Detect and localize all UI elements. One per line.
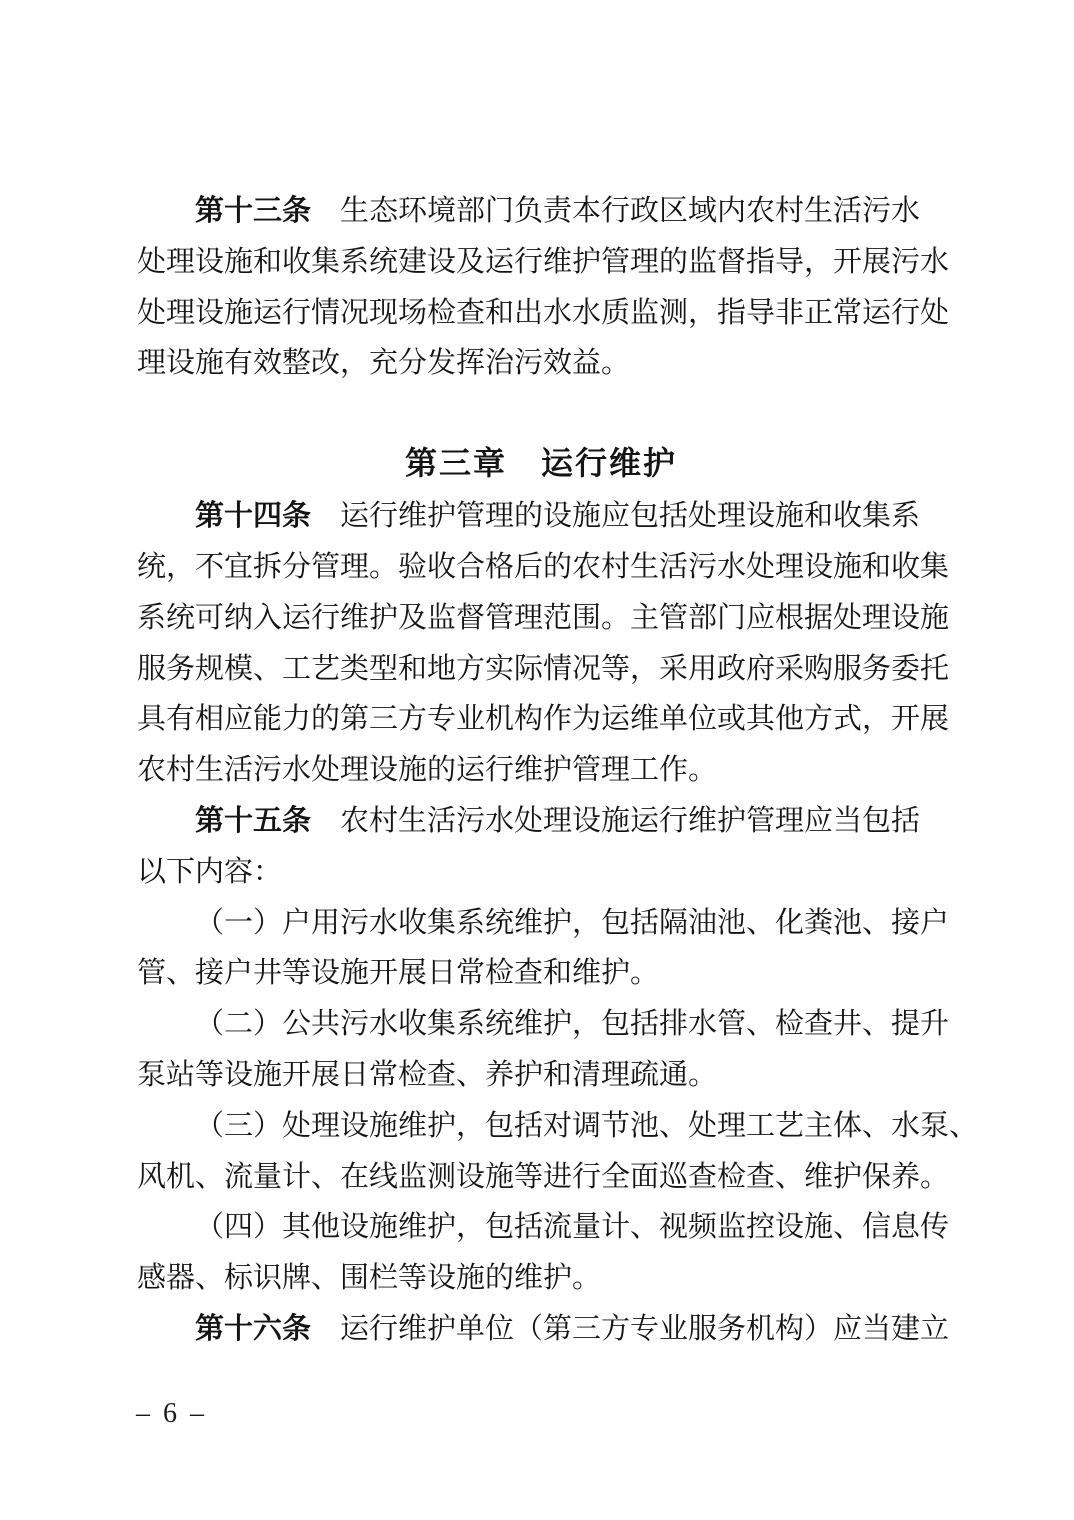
line-text: 理设施有效整改，充分发挥治污效益。 <box>137 347 630 379</box>
document-line: 风机、流量计、在线监测设施等进行全面巡查检查、维护保养。 <box>137 1152 945 1203</box>
document-body: 第十三条 生态环境部门负责本行政区域内农村生活污水 处理设施和收集系统建设及运行… <box>137 186 945 1355</box>
line-text: （二）公共污水收集系统维护，包括排水管、检查井、提升 <box>195 1008 949 1040</box>
document-line: 感器、标识牌、围栏等设施的维护。 <box>137 1253 945 1304</box>
line-text: 管、接户井等设施开展日常检查和维护。 <box>137 957 659 989</box>
document-line: （四）其他设施维护，包括流量计、视频监控设施、信息传 <box>137 1202 945 1253</box>
line-text: 泵站等设施开展日常检查、养护和清理疏通。 <box>137 1059 717 1091</box>
line-text: 系统可纳入运行维护及监督管理范围。主管部门应根据处理设施 <box>137 602 949 634</box>
line-text: 风机、流量计、在线监测设施等进行全面巡查检查、维护保养。 <box>137 1161 949 1193</box>
line-text: 具有相应能力的第三方专业机构作为运维单位或其他方式，开展 <box>137 703 949 735</box>
document-line: 泵站等设施开展日常检查、养护和清理疏通。 <box>137 1050 945 1101</box>
line-text: 统，不宜拆分管理。验收合格后的农村生活污水处理设施和收集 <box>137 551 949 583</box>
document-line: 具有相应能力的第三方专业机构作为运维单位或其他方式，开展 <box>137 694 945 745</box>
line-text: 以下内容： <box>137 856 282 888</box>
document-line: 第十三条 生态环境部门负责本行政区域内农村生活污水 <box>137 186 945 237</box>
line-text: （三）处理设施维护，包括对调节池、处理工艺主体、水泵、 <box>195 1110 978 1142</box>
document-line: 第十六条 运行维护单位（第三方专业服务机构）应当建立 <box>137 1304 945 1355</box>
document-line: （三）处理设施维护，包括对调节池、处理工艺主体、水泵、 <box>137 1101 945 1152</box>
line-text: 感器、标识牌、围栏等设施的维护。 <box>137 1262 601 1294</box>
document-line: 理设施有效整改，充分发挥治污效益。 <box>137 338 945 389</box>
document-line: （二）公共污水收集系统维护，包括排水管、检查井、提升 <box>137 999 945 1050</box>
line-text: 处理设施和收集系统建设及运行维护管理的监督指导，开展污水 <box>137 246 949 278</box>
line-text: （四）其他设施维护，包括流量计、视频监控设施、信息传 <box>195 1211 949 1243</box>
document-line: 第十四条 运行维护管理的设施应包括处理设施和收集系 <box>137 491 945 542</box>
page-number: – 6 – <box>136 1398 207 1430</box>
line-text: 处理设施运行情况现场检查和出水水质监测，指导非正常运行处 <box>137 297 949 329</box>
line-text: 服务规模、工艺类型和地方实际情况等，采用政府采购服务委托 <box>137 653 949 685</box>
article-number: 第十三条 <box>195 195 311 227</box>
document-line: 第三章 运行维护 <box>137 435 945 491</box>
document-line: （一）户用污水收集系统维护，包括隔油池、化粪池、接户 <box>137 898 945 949</box>
article-number: 第十六条 <box>195 1313 311 1345</box>
document-line: 统，不宜拆分管理。验收合格后的农村生活污水处理设施和收集 <box>137 542 945 593</box>
document-line: 系统可纳入运行维护及监督管理范围。主管部门应根据处理设施 <box>137 593 945 644</box>
article-number: 第十五条 <box>195 805 311 837</box>
line-text: 农村生活污水处理设施运行维护管理应当包括 <box>311 805 920 837</box>
document-line: 第十五条 农村生活污水处理设施运行维护管理应当包括 <box>137 796 945 847</box>
line-text: （一）户用污水收集系统维护，包括隔油池、化粪池、接户 <box>195 907 949 939</box>
line-text: 第三章 运行维护 <box>405 445 677 481</box>
line-text: 运行维护管理的设施应包括处理设施和收集系 <box>311 500 920 532</box>
document-line: 服务规模、工艺类型和地方实际情况等，采用政府采购服务委托 <box>137 644 945 695</box>
article-number: 第十四条 <box>195 500 311 532</box>
document-line: 处理设施和收集系统建设及运行维护管理的监督指导，开展污水 <box>137 237 945 288</box>
document-line: 处理设施运行情况现场检查和出水水质监测，指导非正常运行处 <box>137 288 945 339</box>
line-text: 生态环境部门负责本行政区域内农村生活污水 <box>311 195 920 227</box>
document-page: 第十三条 生态环境部门负责本行政区域内农村生活污水 处理设施和收集系统建设及运行… <box>0 0 1074 1520</box>
document-line: 农村生活污水处理设施的运行维护管理工作。 <box>137 745 945 796</box>
document-line: 管、接户井等设施开展日常检查和维护。 <box>137 948 945 999</box>
line-text: 运行维护单位（第三方专业服务机构）应当建立 <box>311 1313 949 1345</box>
document-line: 以下内容： <box>137 847 945 898</box>
line-text: 农村生活污水处理设施的运行维护管理工作。 <box>137 754 717 786</box>
